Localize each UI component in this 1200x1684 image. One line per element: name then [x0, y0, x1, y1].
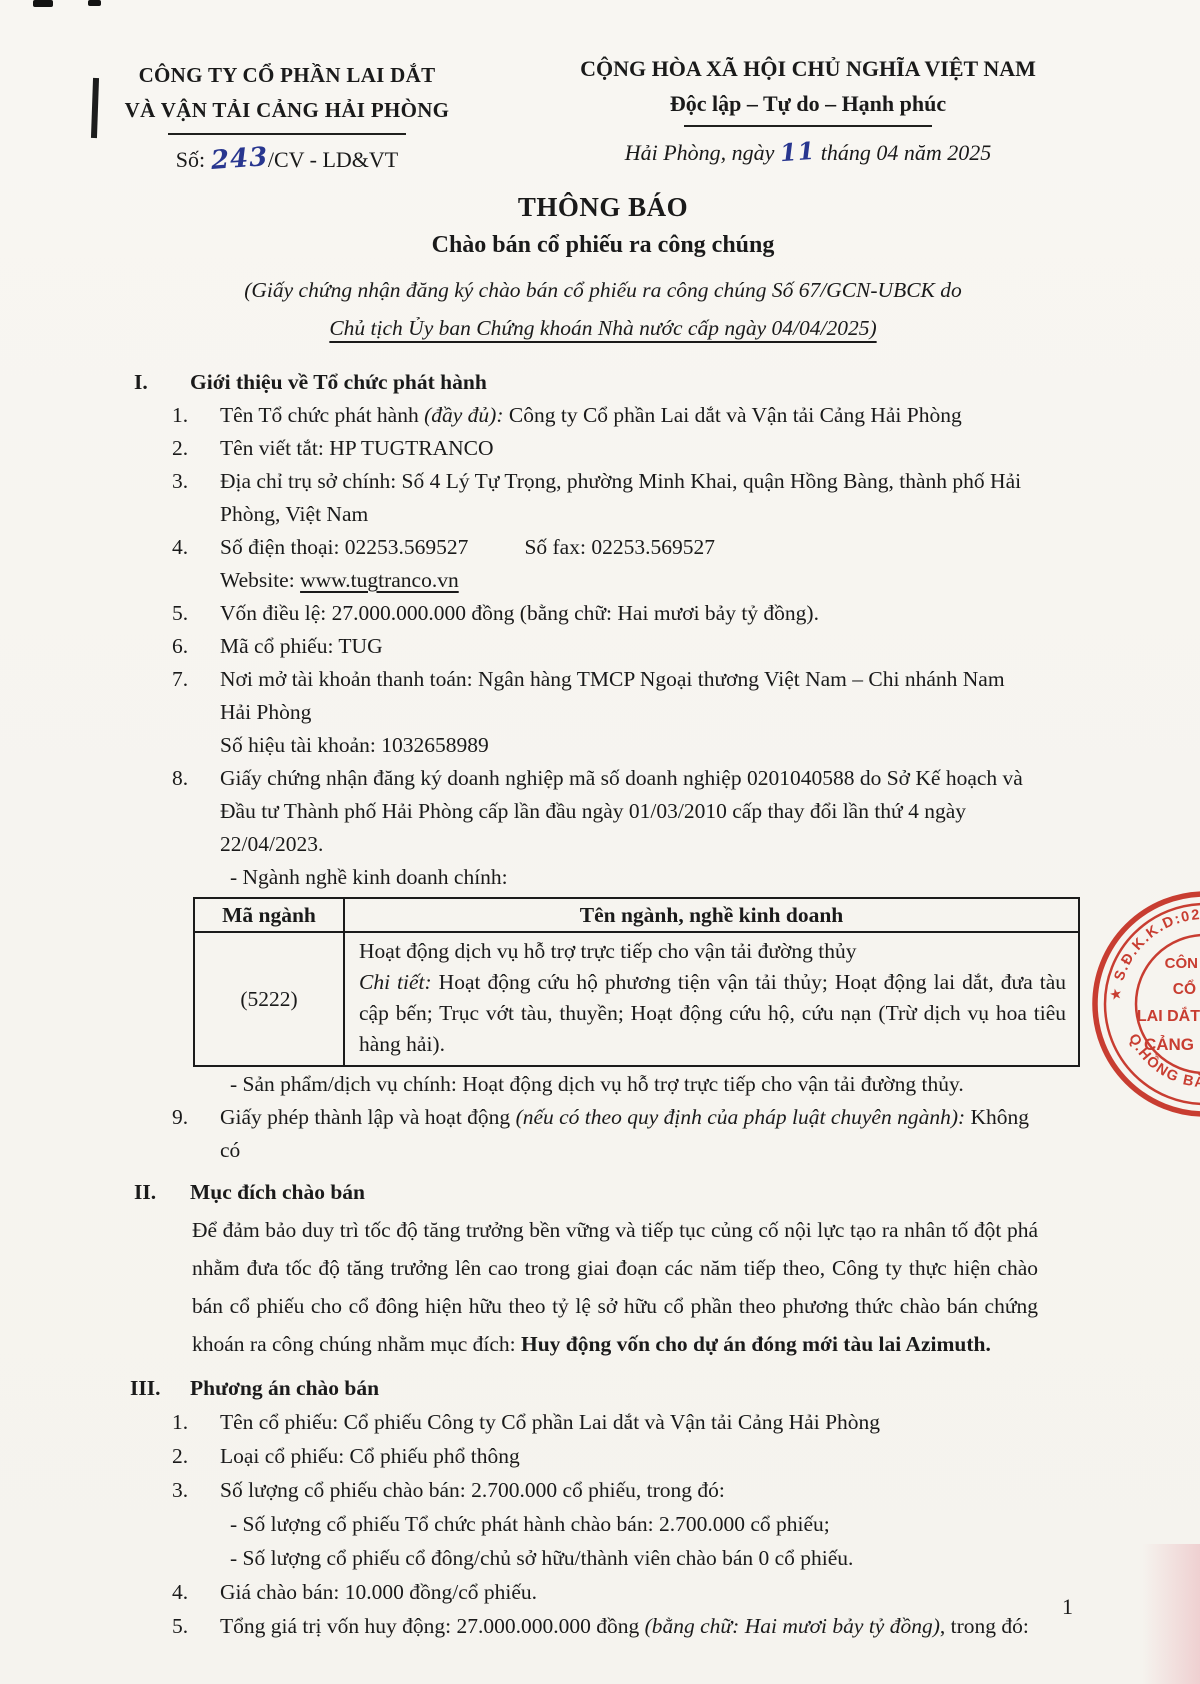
seal-inner-line3: LAI DẮT: [1137, 1006, 1200, 1025]
business-lines-label: - Ngành nghề kinh doanh chính:: [230, 861, 1080, 894]
certificate-note-line1: (Giấy chứng nhận đăng ký chào bán cổ phi…: [128, 271, 1078, 309]
industry-detail-line: Chi tiết: Hoạt động cứu hộ phương tiện v…: [359, 967, 1066, 1060]
place-date-line: Hải Phòng, ngày 11 tháng 04 năm 2025: [518, 137, 1098, 166]
section1-item-1: 1.Tên Tổ chức phát hành (đầy đủ): Công t…: [130, 399, 1080, 432]
section3-item-1: 1.Tên cổ phiếu: Cổ phiếu Công ty Cổ phần…: [130, 1405, 1080, 1439]
item-number: 5.: [172, 597, 188, 630]
issuer-name-line1: CÔNG TY CỔ PHẦN LAI DẮT: [113, 58, 461, 93]
item-text: Nơi mở tài khoản thanh toán: Ngân hàng T…: [220, 667, 1005, 724]
section1-numeral: I.: [134, 366, 148, 399]
item-number: 2.: [172, 432, 188, 465]
title-block: THÔNG BÁO Chào bán cổ phiếu ra công chún…: [128, 192, 1078, 347]
item-number: 5.: [172, 1609, 188, 1643]
item-number: 9.: [172, 1101, 188, 1134]
main-products-line: - Sản phẩm/dịch vụ chính: Hoạt động dịch…: [230, 1068, 1080, 1101]
national-header-block: CỘNG HÒA XÃ HỘI CHỦ NGHĨA VIỆT NAM Độc l…: [518, 53, 1098, 166]
national-motto: Độc lập – Tự do – Hạnh phúc: [518, 89, 1098, 119]
section1-item-6: 6.Mã cổ phiếu: TUG: [130, 630, 1080, 663]
section3-item-3: 3.Số lượng cổ phiếu chào bán: 2.700.000 …: [130, 1473, 1080, 1507]
item-text-italic: (nếu có theo quy định của pháp luật chuy…: [516, 1105, 966, 1129]
scanned-document-page: CÔNG TY CỔ PHẦN LAI DẮT VÀ VẬN TẢI CẢNG …: [0, 0, 1200, 1684]
item-number: 8.: [172, 762, 188, 795]
date-suffix: tháng 04 năm 2025: [815, 140, 991, 165]
section3-item-3-sub1: - Số lượng cổ phiếu Tổ chức phát hành ch…: [230, 1507, 1080, 1541]
item-text: Giấy chứng nhận đăng ký doanh nghiệp mã …: [220, 766, 1023, 856]
company-seal-stamp: ★ S.Đ.K.K.D:020 Q.HỒNG BÀN CÔN CỔ LAI DẮ…: [1050, 864, 1200, 1154]
section3-heading: III.Phương án chào bán: [130, 1372, 1080, 1405]
section3-heading-text: Phương án chào bán: [190, 1376, 379, 1400]
section3-item-4: 4.Giá chào bán: 10.000 đồng/cổ phiếu.: [130, 1575, 1080, 1609]
section1-item-7: 7.Nơi mở tài khoản thanh toán: Ngân hàng…: [130, 663, 1080, 729]
item-number: 4.: [172, 1575, 188, 1609]
issuer-name-line2: VÀ VẬN TẢI CẢNG HẢI PHÒNG: [113, 93, 461, 128]
section1-item-3: 3.Địa chỉ trụ sở chính: Số 4 Lý Tự Trọng…: [130, 465, 1080, 531]
section1-heading-text: Giới thiệu về Tổ chức phát hành: [190, 370, 487, 394]
item-number: 1.: [172, 399, 188, 432]
scan-smudge: [1142, 1544, 1200, 1684]
item-text-italic: (đầy đủ):: [424, 403, 503, 427]
item-text: Tổng giá trị vốn huy động: 27.000.000.00…: [220, 1614, 645, 1638]
seal-inner-line1: CÔN: [1165, 954, 1198, 972]
item-text: Giá chào bán: 10.000 đồng/cổ phiếu.: [220, 1580, 537, 1604]
date-prefix: Hải Phòng, ngày: [625, 140, 780, 165]
document-title: THÔNG BÁO: [128, 192, 1078, 223]
item-number: 3.: [172, 465, 188, 498]
item-text-italic: (bằng chữ: Hai mươi bảy tỷ đồng): [645, 1614, 940, 1638]
industry-description-cell: Hoạt động dịch vụ hỗ trợ trực tiếp cho v…: [344, 932, 1079, 1066]
phone-number: Số điện thoại: 02253.569527: [220, 535, 468, 559]
section1-item-5: 5.Vốn điều lệ: 27.000.000.000 đồng (bằng…: [130, 597, 1080, 630]
section2-heading: II.Mục đích chào bán: [130, 1176, 1080, 1209]
scan-speck: [88, 0, 101, 6]
item-text: Số lượng cổ phiếu chào bán: 2.700.000 cổ…: [220, 1478, 725, 1502]
seal-inner-line2: CỔ: [1173, 980, 1196, 998]
document-number-prefix: Số:: [176, 147, 211, 172]
certificate-note: (Giấy chứng nhận đăng ký chào bán cổ phi…: [128, 271, 1078, 347]
item-text: , trong đó:: [940, 1614, 1029, 1638]
item-text: Tên Tổ chức phát hành: [220, 403, 424, 427]
item-text: Giấy phép thành lập và hoạt động: [220, 1105, 516, 1129]
account-number-line: Số hiệu tài khoản: 1032658989: [130, 729, 1080, 762]
section1-item-9: 9.Giấy phép thành lập và hoạt động (nếu …: [130, 1101, 1080, 1167]
section1-item-2: 2.Tên viết tắt: HP TUGTRANCO: [130, 432, 1080, 465]
page-number: 1: [1062, 1594, 1073, 1620]
section3-item-5: 5.Tổng giá trị vốn huy động: 27.000.000.…: [130, 1609, 1080, 1643]
detail-text: Hoạt động cứu hộ phương tiện vận tải thủ…: [359, 970, 1066, 1056]
section3: III.Phương án chào bán 1.Tên cổ phiếu: C…: [130, 1372, 1080, 1643]
item-number: 7.: [172, 663, 188, 696]
paragraph-text-bold: Huy động vốn cho dự án đóng mới tàu lai …: [521, 1332, 991, 1356]
item-number: 2.: [172, 1439, 188, 1473]
national-title: CỘNG HÒA XÃ HỘI CHỦ NGHĨA VIỆT NAM: [518, 53, 1098, 85]
item-text: Tên viết tắt: HP TUGTRANCO: [220, 436, 494, 460]
item-number: 3.: [172, 1473, 188, 1507]
industry-code-cell: (5222): [194, 932, 344, 1066]
document-body: I.Giới thiệu về Tổ chức phát hành 1.Tên …: [130, 366, 1080, 1643]
document-number-suffix: /CV - LD&VT: [268, 147, 398, 172]
document-subtitle: Chào bán cổ phiếu ra công chúng: [128, 232, 1078, 259]
item-text: Tên cổ phiếu: Cổ phiếu Công ty Cổ phần L…: [220, 1410, 880, 1434]
item-text: Mã cổ phiếu: TUG: [220, 634, 383, 658]
section3-item-3-sub2: - Số lượng cổ phiếu cổ đông/chủ sở hữu/t…: [230, 1541, 1080, 1575]
table-header-code: Mã ngành: [194, 898, 344, 932]
website-url: www.tugtranco.vn: [300, 568, 459, 592]
certificate-note-line2: Chủ tịch Ủy ban Chứng khoán Nhà nước cấp…: [128, 309, 1078, 347]
table-header-name: Tên ngành, nghề kinh doanh: [344, 898, 1079, 932]
scan-streak: [91, 78, 99, 138]
section2-numeral: II.: [134, 1176, 156, 1209]
industry-main-line: Hoạt động dịch vụ hỗ trợ trực tiếp cho v…: [359, 936, 1066, 967]
item-text: Loại cổ phiếu: Cổ phiếu phổ thông: [220, 1444, 520, 1468]
item-text: Địa chỉ trụ sở chính: Số 4 Lý Tự Trọng, …: [220, 469, 1021, 526]
section3-item-2: 2.Loại cổ phiếu: Cổ phiếu phổ thông: [130, 1439, 1080, 1473]
seal-inner-line4: CẢNG: [1144, 1035, 1194, 1054]
header-divider-line: [684, 125, 932, 127]
handwritten-day: 11: [779, 136, 816, 167]
item-number: 6.: [172, 630, 188, 663]
offering-purpose-paragraph: Để đảm bảo duy trì tốc độ tăng trưởng bề…: [192, 1211, 1038, 1363]
seal-graphic: ★ S.Đ.K.K.D:020 Q.HỒNG BÀN CÔN CỔ LAI DẮ…: [1050, 864, 1200, 1154]
section1-item-4: 4.Số điện thoại: 02253.569527Số fax: 022…: [130, 531, 1080, 564]
item-text: Vốn điều lệ: 27.000.000.000 đồng (bằng c…: [220, 601, 819, 625]
item-number: 4.: [172, 531, 188, 564]
table-row: (5222) Hoạt động dịch vụ hỗ trợ trực tiế…: [194, 932, 1079, 1066]
section1-item-8: 8.Giấy chứng nhận đăng ký doanh nghiệp m…: [130, 762, 1080, 861]
website-label: Website:: [220, 568, 300, 592]
handwritten-document-number: 243: [210, 142, 269, 176]
section1-heading: I.Giới thiệu về Tổ chức phát hành: [130, 366, 1080, 399]
detail-label: Chi tiết:: [359, 970, 432, 994]
business-lines-table: Mã ngành Tên ngành, nghề kinh doanh (522…: [193, 897, 1080, 1067]
table-header-row: Mã ngành Tên ngành, nghề kinh doanh: [194, 898, 1079, 932]
item-text: Công ty Cổ phần Lai dắt và Vận tải Cảng …: [504, 403, 962, 427]
fax-number: Số fax: 02253.569527: [524, 535, 715, 559]
scan-speck: [33, 0, 53, 7]
website-line: Website: www.tugtranco.vn: [130, 564, 1080, 597]
item-number: 1.: [172, 1405, 188, 1439]
section3-numeral: III.: [130, 1372, 160, 1405]
section2-heading-text: Mục đích chào bán: [190, 1180, 365, 1204]
header-divider-line: [168, 133, 406, 135]
document-number-line: Số: 243/CV - LD&VT: [113, 144, 461, 174]
issuer-header-block: CÔNG TY CỔ PHẦN LAI DẮT VÀ VẬN TẢI CẢNG …: [113, 58, 461, 174]
